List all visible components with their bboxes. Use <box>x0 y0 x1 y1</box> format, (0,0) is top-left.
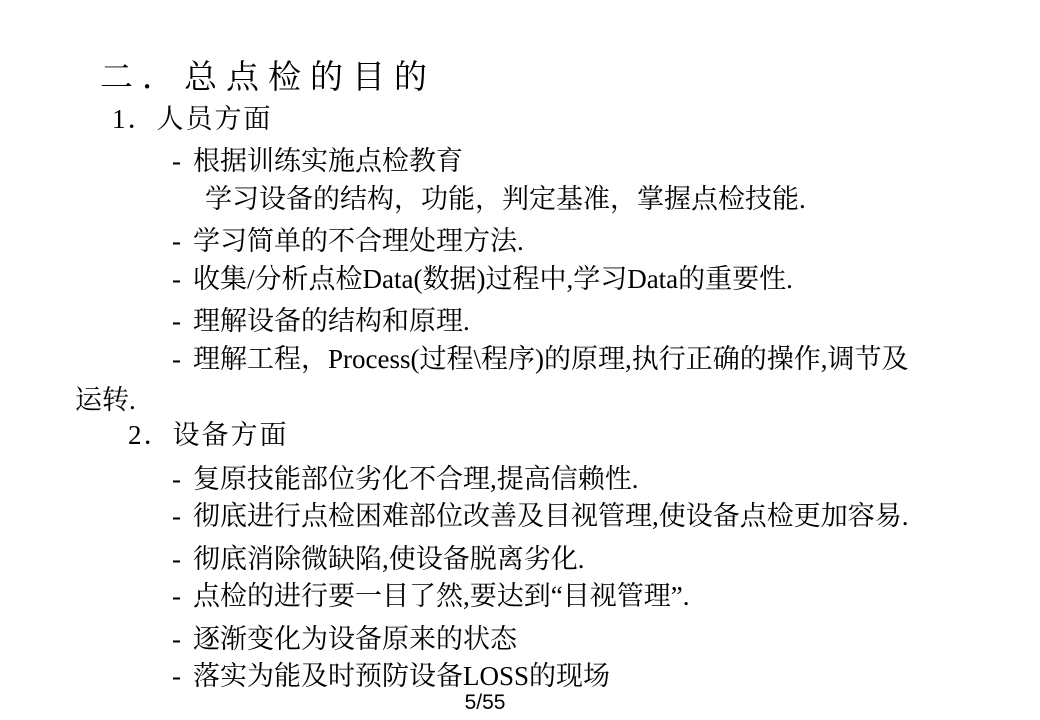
bullet-item: -学习简单的不合理处理方法. <box>172 227 524 257</box>
bullet-text: 逐渐变化为设备原来的状态 <box>193 624 517 654</box>
bullet-item: -逐渐变化为设备原来的状态 <box>172 625 517 655</box>
bullet-marker: - <box>172 265 193 295</box>
bullet-item: -理解工程，Process(过程\程序)的原理,执行正确的操作,调节及 <box>172 345 908 375</box>
bullet-continuation: 学习设备的结构，功能，判定基准，掌握点检技能. <box>205 185 806 215</box>
bullet-wrap-text: 运转. <box>75 386 136 416</box>
section-heading-personnel: 1．人员方面 <box>112 105 273 135</box>
bullet-item: -复原技能部位劣化不合理,提高信赖性. <box>172 465 639 495</box>
bullet-marker: - <box>172 662 193 692</box>
bullet-text: 彻底进行点检困难部位改善及目视管理,使设备点检更加容易. <box>193 501 909 531</box>
bullet-item: -彻底消除微缺陷,使设备脱离劣化. <box>172 545 585 575</box>
bullet-text: 根据训练实施点检教育 <box>193 146 463 176</box>
bullet-text: 点检的进行要一目了然,要达到“目视管理”. <box>193 581 689 611</box>
bullet-marker: - <box>172 147 193 177</box>
slide-title: 二．总点检的目的 <box>100 60 436 96</box>
bullet-item: -理解设备的结构和原理. <box>172 307 470 337</box>
bullet-text: 收集/分析点检Data(数据)过程中,学习Data的重要性. <box>193 264 793 294</box>
bullet-item: -收集/分析点检Data(数据)过程中,学习Data的重要性. <box>172 265 793 295</box>
bullet-item: -彻底进行点检困难部位改善及目视管理,使设备点检更加容易. <box>172 502 909 532</box>
bullet-marker: - <box>172 502 193 532</box>
bullet-marker: - <box>172 307 193 337</box>
bullet-item: -根据训练实施点检教育 <box>172 147 463 177</box>
bullet-marker: - <box>172 345 193 375</box>
section-heading-equipment: 2．设备方面 <box>128 421 289 451</box>
page-number: 5/55 <box>0 691 970 715</box>
slide: 二．总点检的目的 1．人员方面 -根据训练实施点检教育 学习设备的结构，功能，判… <box>0 0 1040 720</box>
bullet-marker: - <box>172 625 193 655</box>
bullet-text: 理解工程，Process(过程\程序)的原理,执行正确的操作,调节及 <box>193 344 908 374</box>
bullet-marker: - <box>172 465 193 495</box>
bullet-marker: - <box>172 545 193 575</box>
bullet-text: 复原技能部位劣化不合理,提高信赖性. <box>193 464 639 494</box>
bullet-text: 理解设备的结构和原理. <box>193 306 470 336</box>
bullet-text: 彻底消除微缺陷,使设备脱离劣化. <box>193 544 585 574</box>
bullet-marker: - <box>172 582 193 612</box>
bullet-text: 落实为能及时预防设备LOSS的现场 <box>193 661 610 691</box>
bullet-text: 学习简单的不合理处理方法. <box>193 226 524 256</box>
bullet-item: -落实为能及时预防设备LOSS的现场 <box>172 662 610 692</box>
bullet-item: -点检的进行要一目了然,要达到“目视管理”. <box>172 582 689 612</box>
bullet-marker: - <box>172 227 193 257</box>
